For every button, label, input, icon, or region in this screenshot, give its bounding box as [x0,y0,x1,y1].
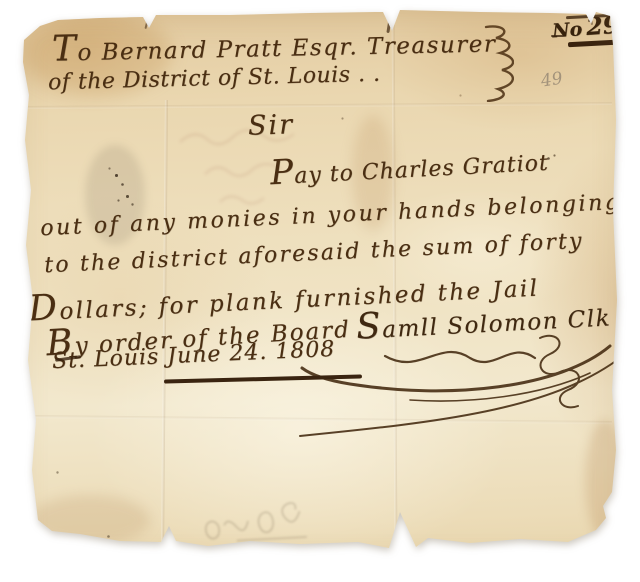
signature-flourish [290,318,635,443]
manuscript-paper: No29 49 To Bernard Pratt Esqr. Treasurer… [0,0,640,582]
fold-crease-top [24,102,612,109]
pencil-note: 49 [540,68,565,91]
salutation: Sir [247,109,294,142]
scanned-document-canvas: No29 49 To Bernard Pratt Esqr. Treasurer… [0,0,640,582]
ink-speckles [0,0,1,1]
body-line-1: Pay to Charles Gratiot [269,139,549,194]
addressee-line-1: To Bernard Pratt Esqr. Treasurer [52,19,497,69]
doc-number-underline-heavy [568,40,615,47]
doc-number-prefix: No [551,18,583,42]
stain-bottom-left [30,495,150,545]
ghost-writing-bottom [184,493,312,551]
paper-shadow-wrap: No29 49 To Bernard Pratt Esqr. Treasurer… [0,0,640,582]
doc-number-underline-small [551,35,564,37]
curly-brace [480,24,514,102]
